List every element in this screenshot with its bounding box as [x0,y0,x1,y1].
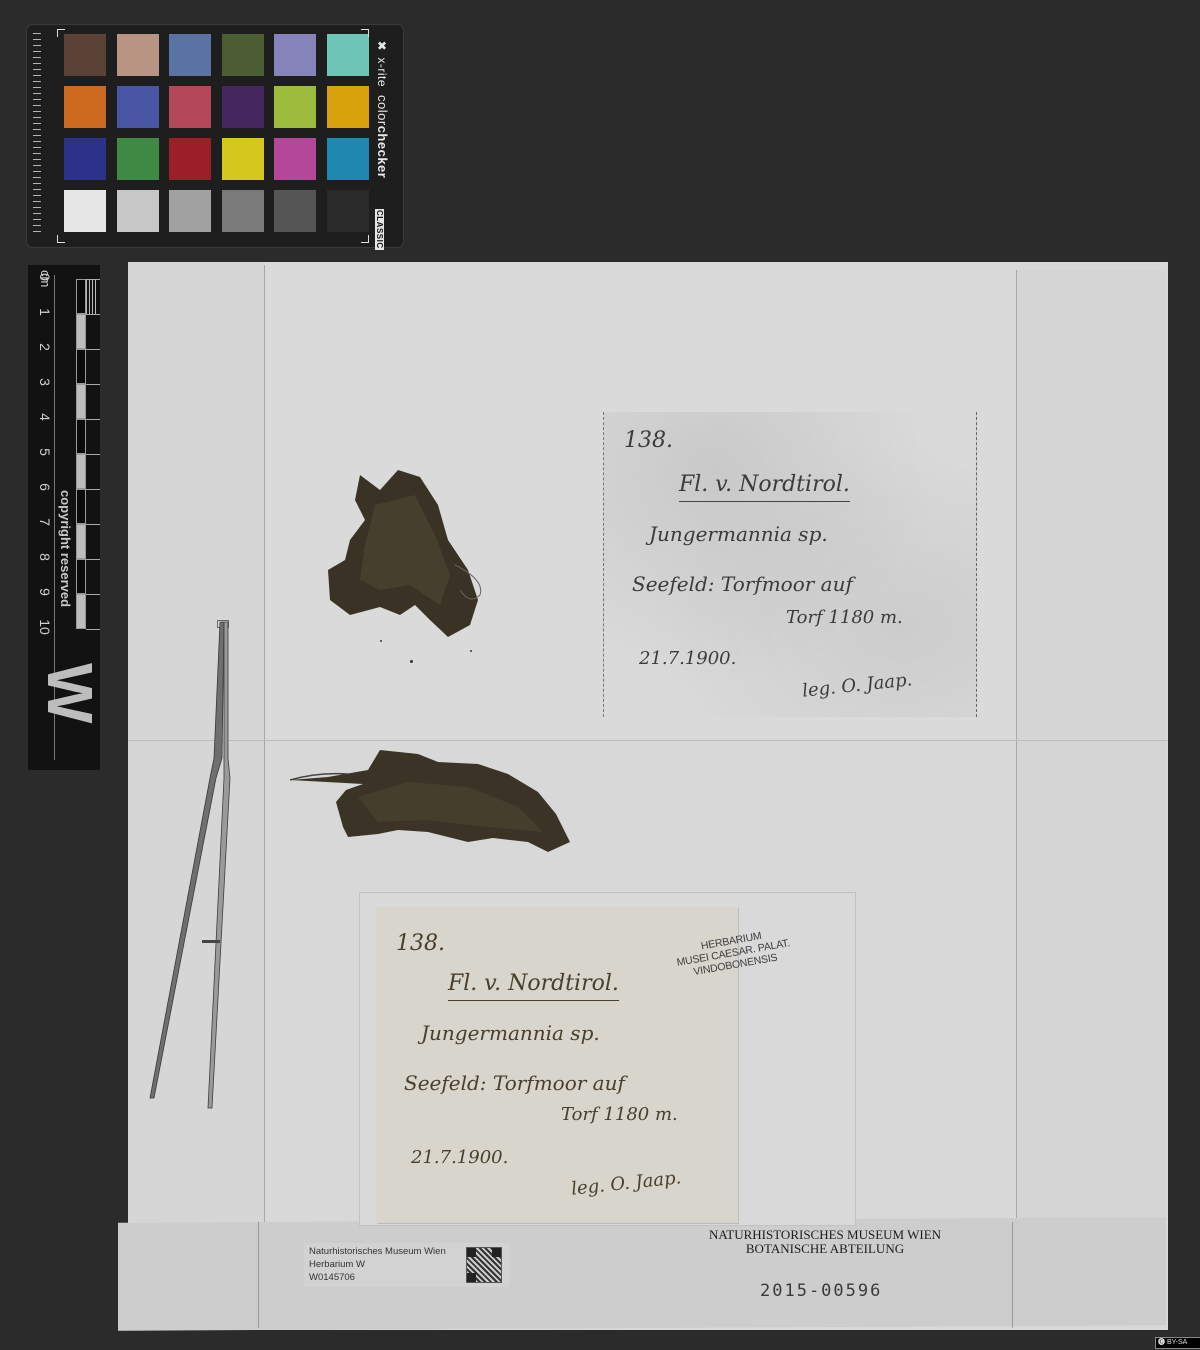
accession-number: 2015-00596 [760,1281,882,1301]
xrite-logo: ✖ x-rite [375,39,389,87]
label-collector: leg. O. Jaap. [570,1167,682,1199]
fold-line [1016,270,1017,1225]
color-swatch [117,138,159,180]
ruler-mark: 2 [37,339,53,355]
catalog-number: W0145706 [309,1272,355,1283]
crop-corner [361,235,369,243]
label-number: 138. [624,428,673,453]
color-swatch [169,34,211,76]
specimen-fragment [470,650,472,652]
ruler-mark: 0 [37,269,53,285]
crop-corner [57,29,65,37]
qr-code-icon [466,1247,502,1283]
ruler-segment [76,559,86,594]
ruler-segment [76,314,86,349]
ruler-mark: 9 [37,584,53,600]
ruler-segment [76,454,86,489]
packet-copy-label: 138. Fl. v. Nordtirol. Jungermannia sp. … [603,412,977,717]
color-swatch [274,138,316,180]
scale-ruler: cm 012345678910 copyright reserved W [28,265,100,770]
ruler-mark: 10 [37,619,53,635]
specimen-fragment [380,640,382,642]
crop-corner [57,235,65,243]
color-swatch [222,34,264,76]
crop-corner [361,29,369,37]
ruler-mark: 8 [37,549,53,565]
color-swatch [222,86,264,128]
collection-name: Herbarium W [309,1259,365,1270]
color-swatch [222,138,264,180]
label-title: Fl. v. Nordtirol. [448,971,619,1001]
label-habitat: Torf 1180 m. [786,607,903,628]
fold-line [258,1222,259,1328]
color-swatch [169,190,211,232]
specimen-fragment [410,660,413,663]
ruler-segment [76,384,86,419]
label-locality: Seefeld: Torfmoor auf [632,572,853,596]
label-taxon: Jungermannia sp. [649,522,828,546]
ruler-mark: 5 [37,444,53,460]
label-title: Fl. v. Nordtirol. [679,472,850,502]
color-swatch [64,34,106,76]
color-swatch [117,190,159,232]
color-swatch [327,190,369,232]
department-name: BOTANISCHE ABTEILUNG [680,1242,970,1256]
license-text: BY-SA [1167,1339,1187,1346]
color-swatch [64,138,106,180]
color-swatch [117,86,159,128]
label-collector: leg. O. Jaap. [801,669,913,701]
color-swatch [117,34,159,76]
color-swatch [64,86,106,128]
ruler-mark: 3 [37,374,53,390]
ruler-segment [76,594,86,629]
ruler-segment [76,489,86,524]
fold-line [264,265,265,1225]
institution-name: Naturhistorisches Museum Wien [309,1246,446,1257]
color-swatch [274,190,316,232]
ruler-cm-lines [86,279,100,631]
herbarium-logo: W [40,663,100,723]
ruler-mark: 1 [37,304,53,320]
fold-line [1012,1222,1013,1328]
ruler-mark: 4 [37,409,53,425]
product-name: colorchecker [375,95,390,178]
folder-right-panel [1016,270,1166,1220]
ruler-bars [76,279,86,631]
color-swatch [169,86,211,128]
ruler-segment [76,279,86,314]
ruler-mark: 6 [37,479,53,495]
color-checker-card: ✖ x-rite colorchecker CLASSIC [27,25,403,247]
license-badge: 🅒 BY-SA [1155,1337,1200,1349]
color-swatch [327,34,369,76]
museum-name: NATURHISTORISCHES MUSEUM WIEN [680,1228,970,1242]
ruler-mm-ticks [86,279,98,314]
color-swatch [222,190,264,232]
color-swatch [274,34,316,76]
color-swatch-grid [64,34,369,232]
edition-badge: CLASSIC [375,209,384,250]
museum-stamp: NATURHISTORISCHES MUSEUM WIEN BOTANISCHE… [680,1228,970,1256]
label-habitat: Torf 1180 m. [561,1104,678,1125]
label-locality: Seefeld: Torfmoor auf [404,1071,625,1095]
moss-specimen-lower [288,742,578,862]
ruler-segment [76,419,86,454]
color-swatch [274,86,316,128]
moss-specimen-upper [320,465,495,645]
copyright-notice: copyright reserved [58,490,73,607]
color-swatch [327,138,369,180]
ruler-segment [76,524,86,559]
checker-scale-ticks [33,33,41,233]
folder-bottom-flap [118,1217,1166,1330]
checker-branding: ✖ x-rite colorchecker CLASSIC [375,33,397,238]
label-date: 21.7.1900. [639,648,736,669]
label-date: 21.7.1900. [411,1147,508,1168]
fold-line [128,740,1168,741]
barcode-label: Naturhistorisches Museum Wien Herbarium … [304,1243,510,1287]
ruler-segment [76,349,86,384]
tweezers-icon [140,618,240,1113]
color-swatch [327,86,369,128]
label-number: 138. [396,931,445,956]
color-swatch [169,138,211,180]
label-taxon: Jungermannia sp. [421,1021,600,1045]
color-swatch [64,190,106,232]
ruler-mark: 7 [37,514,53,530]
